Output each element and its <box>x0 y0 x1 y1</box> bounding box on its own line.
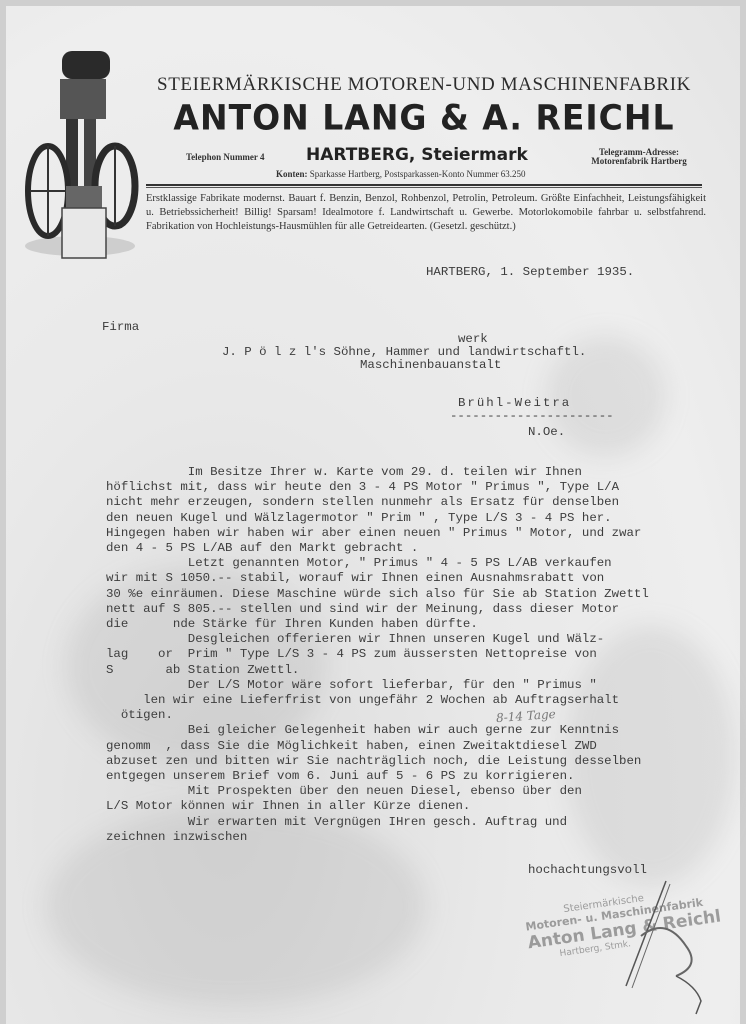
letter-line: Desgleichen offerieren wir Ihnen unseren… <box>106 632 649 647</box>
letter-line: Mit Prospekten über den neuen Diesel, eb… <box>106 784 649 799</box>
letter-line: lag or Prim " Type L/S 3 - 4 PS zum äuss… <box>106 647 649 662</box>
letter-body: Im Besitze Ihrer w. Karte vom 29. d. tei… <box>106 465 649 845</box>
letter-line: nett auf S 805.-- stellen und sind wir d… <box>106 602 649 617</box>
letter-line: wir mit S 1050.-- stabil, worauf wir Ihn… <box>106 571 649 586</box>
telephone: Telephon Nummer 4 <box>186 152 265 162</box>
closing: hochachtungsvoll <box>528 863 647 877</box>
letter-line: L/S Motor können wir Ihnen in aller Kürz… <box>106 799 649 814</box>
letterhead-rule <box>146 184 702 186</box>
letter-line: nicht mehr erzeugen, sondern stellen nun… <box>106 495 649 510</box>
letter-line: Der L/S Motor wäre sofort lieferbar, für… <box>106 678 649 693</box>
bank-accounts: Konten: Sparkasse Hartberg, Postsparkass… <box>276 169 526 179</box>
recipient-line1: J. P ö l z l's Söhne, Hammer und landwir… <box>222 345 586 359</box>
company-subtitle: STEIERMÄRKISCHE MOTOREN-UND MASCHINENFAB… <box>144 74 704 96</box>
letter-line: den 4 - 5 PS L/AB auf den Markt gebracht… <box>106 541 649 556</box>
letter-line: ötigen. <box>106 708 649 723</box>
letter-line: len wir eine Lieferfrist von ungefähr 2 … <box>106 693 649 708</box>
company-description: Erstklassige Fabrikate modernst. Bauart … <box>146 192 706 234</box>
letter-line: zeichnen inzwischen <box>106 830 649 845</box>
accounts-value: Sparkasse Hartberg, Postsparkassen-Konto… <box>310 169 526 179</box>
letterhead-rule <box>146 187 702 188</box>
letter-line: entgegen unserem Brief vom 6. Juni auf 5… <box>106 769 649 784</box>
letter-date: HARTBERG, 1. September 1935. <box>426 265 634 279</box>
accounts-label: Konten: <box>276 169 308 179</box>
recipient-underline: ---------------------- <box>450 409 614 423</box>
letter-line: S ab Station Zwettl. <box>106 663 649 678</box>
telegram-value: Motorenfabrik Hartberg <box>574 157 704 166</box>
letter-line: Letzt genannten Motor, " Primus " 4 - 5 … <box>106 556 649 571</box>
letter-line: höflichst mit, dass wir heute den 3 - 4 … <box>106 480 649 495</box>
telegram-address: Telegramm-Adresse: Motorenfabrik Hartber… <box>574 148 704 166</box>
recipient-line2: Maschinenbauanstalt <box>360 358 501 372</box>
letter-line: den neuen Kugel und Wälzlagermotor " Pri… <box>106 511 649 526</box>
recipient-city: Brühl-Weitra <box>458 396 571 410</box>
letter-line: Wir erwarten mit Vergnügen IHren gesch. … <box>106 815 649 830</box>
letter-line: 30 %e einräumen. Diese Maschine würde si… <box>106 587 649 602</box>
company-city: HARTBERG, Steiermark <box>306 145 528 165</box>
letter-line: Hingegen haben wir haben wir aber einen … <box>106 526 649 541</box>
letter-line: Bei gleicher Gelegenheit haben wir auch … <box>106 723 649 738</box>
letter-page: STEIERMÄRKISCHE MOTOREN-UND MASCHINENFAB… <box>6 6 740 1024</box>
letter-line: Im Besitze Ihrer w. Karte vom 29. d. tei… <box>106 465 649 480</box>
company-name: ANTON LANG & A. REICHL <box>144 97 704 138</box>
letter-line: die nde Stärke für Ihren Kunden haben dü… <box>106 617 649 632</box>
recipient-region: N.Oe. <box>528 425 565 439</box>
signature-icon <box>606 876 716 1016</box>
letter-line: genomm , dass Sie die Möglichkeit haben,… <box>106 739 649 754</box>
recipient-insert: werk <box>458 332 488 346</box>
letter-line: abzuset zen und bitten wir Sie nachträgl… <box>106 754 649 769</box>
salutation-label: Firma <box>102 320 139 334</box>
engine-illustration-icon <box>20 46 140 261</box>
